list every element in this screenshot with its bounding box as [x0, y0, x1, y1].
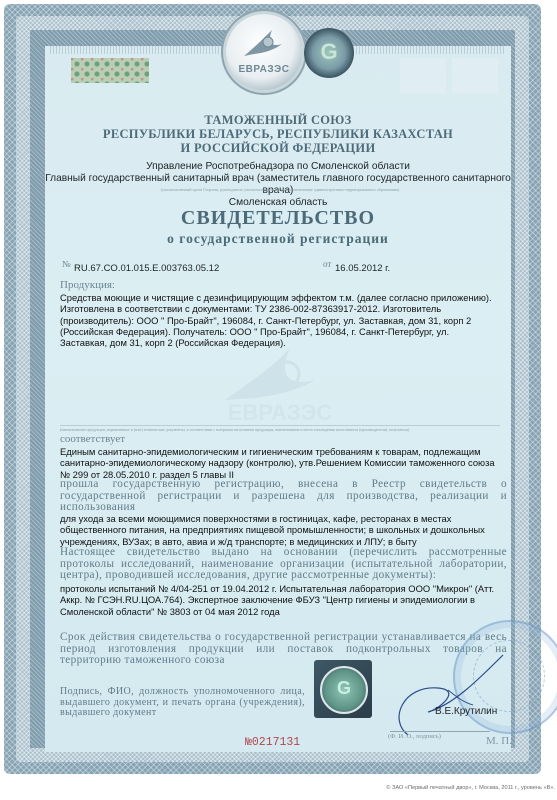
date-label: от	[323, 259, 331, 269]
conformity-requirements: Единым санитарно-эпидемиологическим и ги…	[60, 446, 510, 480]
hologram-sticker: G	[304, 28, 354, 78]
certificate-date: 16.05.2012 г.	[335, 263, 390, 274]
basis-line: Аккр. № ГСЭН.RU.ЦОА.764). Экспертное зак…	[60, 594, 510, 605]
authority-caption: (уполномоченный орган Стороны, руководит…	[100, 187, 460, 192]
certificate-subtitle: о государственной регистрации	[45, 231, 511, 247]
basis-statement: Настоящее свидетельство выдано на основа…	[60, 547, 507, 582]
usage-line: для ухода за всеми моющимися поверхностя…	[60, 513, 510, 524]
hologram-seal-icon: G	[320, 666, 368, 714]
union-title-line-3: И РОССИЙСКОЙ ФЕДЕРАЦИИ	[45, 141, 511, 155]
product-label: Продукция:	[60, 279, 115, 291]
certificate-number: RU.67.CO.01.015.E.003763.05.12	[74, 263, 219, 274]
eurasec-watermark-icon: ЕВРАЗЭС	[205, 340, 355, 425]
basis-documents: протоколы испытаний № 4/04-251 от 19.04.…	[60, 583, 510, 617]
emblem-label: ЕВРАЗЭС	[226, 64, 302, 75]
holographic-strip	[71, 58, 149, 83]
svg-text:ЕВРАЗЭС: ЕВРАЗЭС	[228, 400, 333, 425]
union-title-line-1: ТАМОЖЕННЫЙ СОЮЗ	[45, 113, 511, 127]
registration-statement: прошла государственную регистрацию, внес…	[60, 479, 507, 514]
conformity-label: соответствует	[60, 433, 125, 445]
product-line: (производитель): ООО " Про-Брайт", 19608…	[60, 315, 510, 326]
issuing-authority: Управление Роспотребнадзора по Смоленско…	[30, 161, 526, 209]
union-title: ТАМОЖЕННЫЙ СОЮЗ РЕСПУБЛИКИ БЕЛАРУСЬ, РЕС…	[45, 113, 511, 155]
authority-line-1: Управление Роспотребнадзора по Смоленско…	[30, 161, 526, 173]
stamp-place-label: М. П.	[486, 735, 512, 747]
signature-line	[390, 731, 490, 732]
basis-line: протоколы испытаний № 4/04-251 от 19.04.…	[60, 583, 510, 594]
signature-caption: (Ф. И. О., подпись)	[388, 733, 441, 740]
eurasec-emblem: ЕВРАЗЭС	[226, 14, 302, 90]
hologram-sticker-icon: G	[304, 39, 354, 65]
conformity-line: санитарно-эпидемиологическому надзору (к…	[60, 457, 510, 468]
watermark-box-right	[452, 58, 498, 94]
usage-line: общественного питания, на предприятиях п…	[60, 524, 510, 535]
signatory-name: В.Е.Крутилин	[435, 706, 497, 717]
eurasec-emblem-icon	[242, 28, 286, 60]
printer-footer: © ЗАО «Первый печатный двор», г. Москва,…	[386, 785, 555, 791]
conformity-line: Единым санитарно-эпидемиологическим и ги…	[60, 446, 510, 457]
signature-label: Подпись, ФИО, должность уполномоченного …	[60, 687, 305, 719]
product-line: Средства моющие и чистящие с дезинфициру…	[60, 292, 510, 303]
form-serial-number: №0217131	[245, 736, 300, 749]
hologram-seal: G	[314, 660, 372, 718]
basis-line: Смоленской области" № 3803 от 04 мая 201…	[60, 606, 510, 617]
product-line: (Российская Федерация). Получатель: ООО …	[60, 326, 510, 337]
authority-line-2: Главный государственный санитарный врач …	[30, 173, 526, 185]
product-description: Средства моющие и чистящие с дезинфициру…	[60, 292, 510, 348]
product-line: Заставкая, дом 31, корп 2 (Российская Фе…	[60, 337, 510, 348]
product-caption: (наименование продукции, нормативные и (…	[60, 425, 500, 432]
product-line: Изготовлена в соответствии с документами…	[60, 303, 510, 314]
hologram-seal-glyph: G	[322, 678, 366, 699]
certificate-title: СВИДЕТЕЛЬСТВО	[45, 207, 511, 230]
usage-description: для ухода за всеми моющимися поверхностя…	[60, 513, 510, 547]
number-label: №	[62, 259, 71, 269]
watermark-box-left	[400, 58, 446, 94]
union-title-line-2: РЕСПУБЛИКИ БЕЛАРУСЬ, РЕСПУБЛИКИ КАЗАХСТА…	[45, 127, 511, 141]
handwritten-signature	[368, 650, 518, 740]
